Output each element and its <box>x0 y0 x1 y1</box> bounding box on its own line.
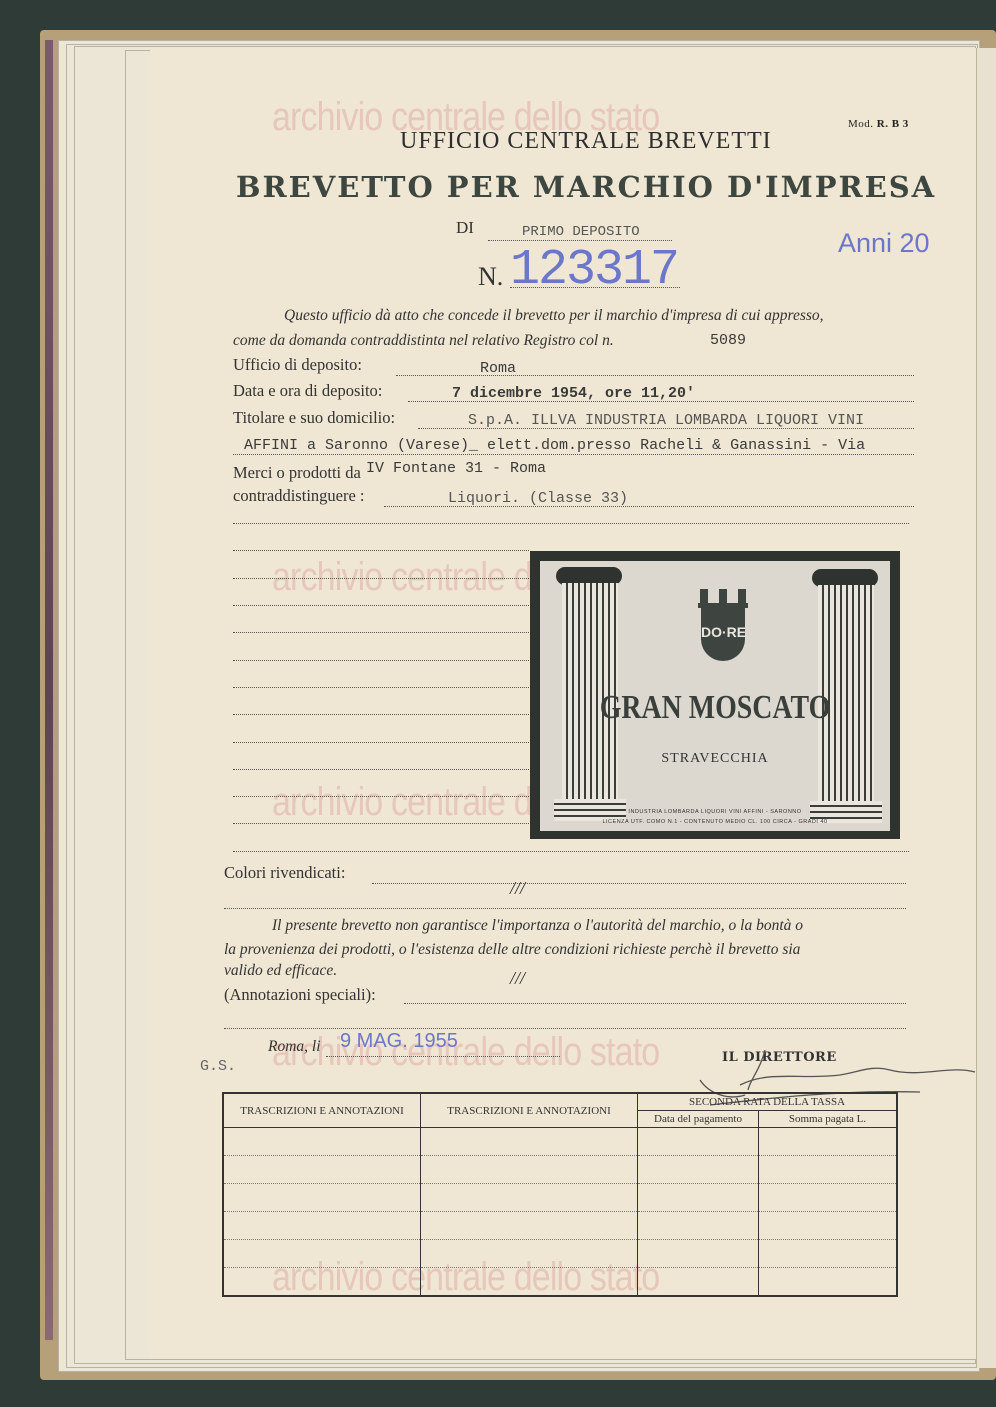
table-row <box>223 1240 897 1268</box>
place-label: Roma, li <box>268 1038 321 1056</box>
fine-print-2: LICENZA UTF. COMO N.1 - CONTENUTO MEDIO … <box>540 819 890 825</box>
data-label: Data e ora di deposito: <box>233 381 382 401</box>
brand-name: GRAN MOSCATO <box>572 689 859 727</box>
dotted-line <box>233 660 529 661</box>
dotted-line <box>233 687 529 688</box>
table-row <box>223 1268 897 1297</box>
colori-label: Colori rivendicati: <box>224 863 345 883</box>
register-number: 5089 <box>710 332 746 349</box>
book-spine-edge <box>45 40 53 1340</box>
office-heading: UFFICIO CENTRALE BREVETTI <box>400 128 772 155</box>
column-header: Somma pagata L. <box>759 1111 898 1128</box>
deposit-type: PRIMO DEPOSITO <box>522 224 640 240</box>
titolare-label: Titolare e suo domicilio: <box>233 408 395 428</box>
di-label: DI <box>456 218 474 238</box>
watermark: archivio centrale dello stato <box>272 1030 659 1075</box>
merci-value: Liquori. (Classe 33) <box>448 490 628 507</box>
register-table: TRASCRIZIONI E ANNOTAZIONI TRASCRIZIONI … <box>222 1092 898 1297</box>
disclaimer-line-2: la provenienza dei prodotti, o l'esisten… <box>224 941 800 959</box>
disclaimer-mark: /// <box>510 968 525 989</box>
dotted-line <box>233 769 529 770</box>
disclaimer-line-1: Il presente brevetto non garantisce l'im… <box>272 917 803 935</box>
dotted-line <box>233 578 529 579</box>
initials: G.S. <box>200 1058 236 1075</box>
dotted-line <box>233 823 529 824</box>
merci-label-1: Merci o prodotti da <box>233 463 361 483</box>
ufficio-label: Ufficio di deposito: <box>233 355 362 375</box>
disclaimer-line-3: valido ed efficace. <box>224 962 337 980</box>
document-title: BREVETTO PER MARCHIO D'IMPRESA <box>236 170 936 204</box>
dotted-line <box>326 1056 560 1057</box>
dotted-line <box>233 632 529 633</box>
column-header: TRASCRIZIONI E ANNOTAZIONI <box>421 1093 638 1128</box>
trademark-label-image: DO·RE GRAN MOSCATO STRAVECCHIA INDUSTRIA… <box>530 551 900 839</box>
intro-line-2: come da domanda contraddistinta nel rela… <box>233 332 614 350</box>
label-panel: DO·RE GRAN MOSCATO STRAVECCHIA INDUSTRIA… <box>540 561 890 831</box>
colori-value: /// <box>510 878 525 899</box>
dotted-line <box>233 523 909 524</box>
dotted-line <box>233 550 529 551</box>
dotted-line <box>233 454 914 455</box>
model-code: Mod. R. B 3 <box>848 118 909 130</box>
dotted-line <box>233 605 529 606</box>
crest-shield: DO·RE <box>701 603 745 661</box>
ufficio-value: Roma <box>480 360 516 377</box>
dotted-line <box>233 714 529 715</box>
table-row <box>223 1184 897 1212</box>
date-stamp: 9 MAG. 1955 <box>340 1030 458 1053</box>
dotted-line <box>233 742 529 743</box>
dotted-line <box>233 796 529 797</box>
dotted-line <box>372 883 906 884</box>
titolare-value-3: IV Fontane 31 - Roma <box>366 460 546 477</box>
dotted-line <box>404 1003 906 1004</box>
dotted-line <box>224 908 906 909</box>
brand-subtitle: STRAVECCHIA <box>540 751 890 767</box>
titolare-value-2: AFFINI a Saronno (Varese)_ elett.dom.pre… <box>244 437 865 454</box>
annotazioni-label: (Annotazioni speciali): <box>224 985 376 1005</box>
column-group-header: SECONDA RATA DELLA TASSA <box>638 1093 898 1111</box>
column-header: Data del pagamento <box>638 1111 759 1128</box>
data-value: 7 dicembre 1954, ore 11,20' <box>452 385 695 402</box>
dotted-line <box>396 375 914 376</box>
number-prefix: N. <box>478 262 503 292</box>
table-row <box>223 1212 897 1240</box>
dotted-line <box>224 1028 906 1029</box>
dotted-line <box>233 851 909 852</box>
table-row <box>223 1128 897 1156</box>
table-row <box>223 1156 897 1184</box>
duration-stamp: Anni 20 <box>838 228 930 259</box>
patent-number: 123317 <box>510 242 678 299</box>
column-header: TRASCRIZIONI E ANNOTAZIONI <box>223 1093 421 1128</box>
titolare-value-1: S.p.A. ILLVA INDUSTRIA LOMBARDA LIQUORI … <box>468 412 864 429</box>
fine-print-1: INDUSTRIA LOMBARDA LIQUORI VINI AFFINI -… <box>540 809 890 815</box>
intro-line-1: Questo ufficio dà atto che concede il br… <box>284 307 824 325</box>
next-page-edge <box>976 48 996 1368</box>
dotted-line <box>488 240 672 241</box>
merci-label-2: contraddistinguere : <box>233 486 365 506</box>
